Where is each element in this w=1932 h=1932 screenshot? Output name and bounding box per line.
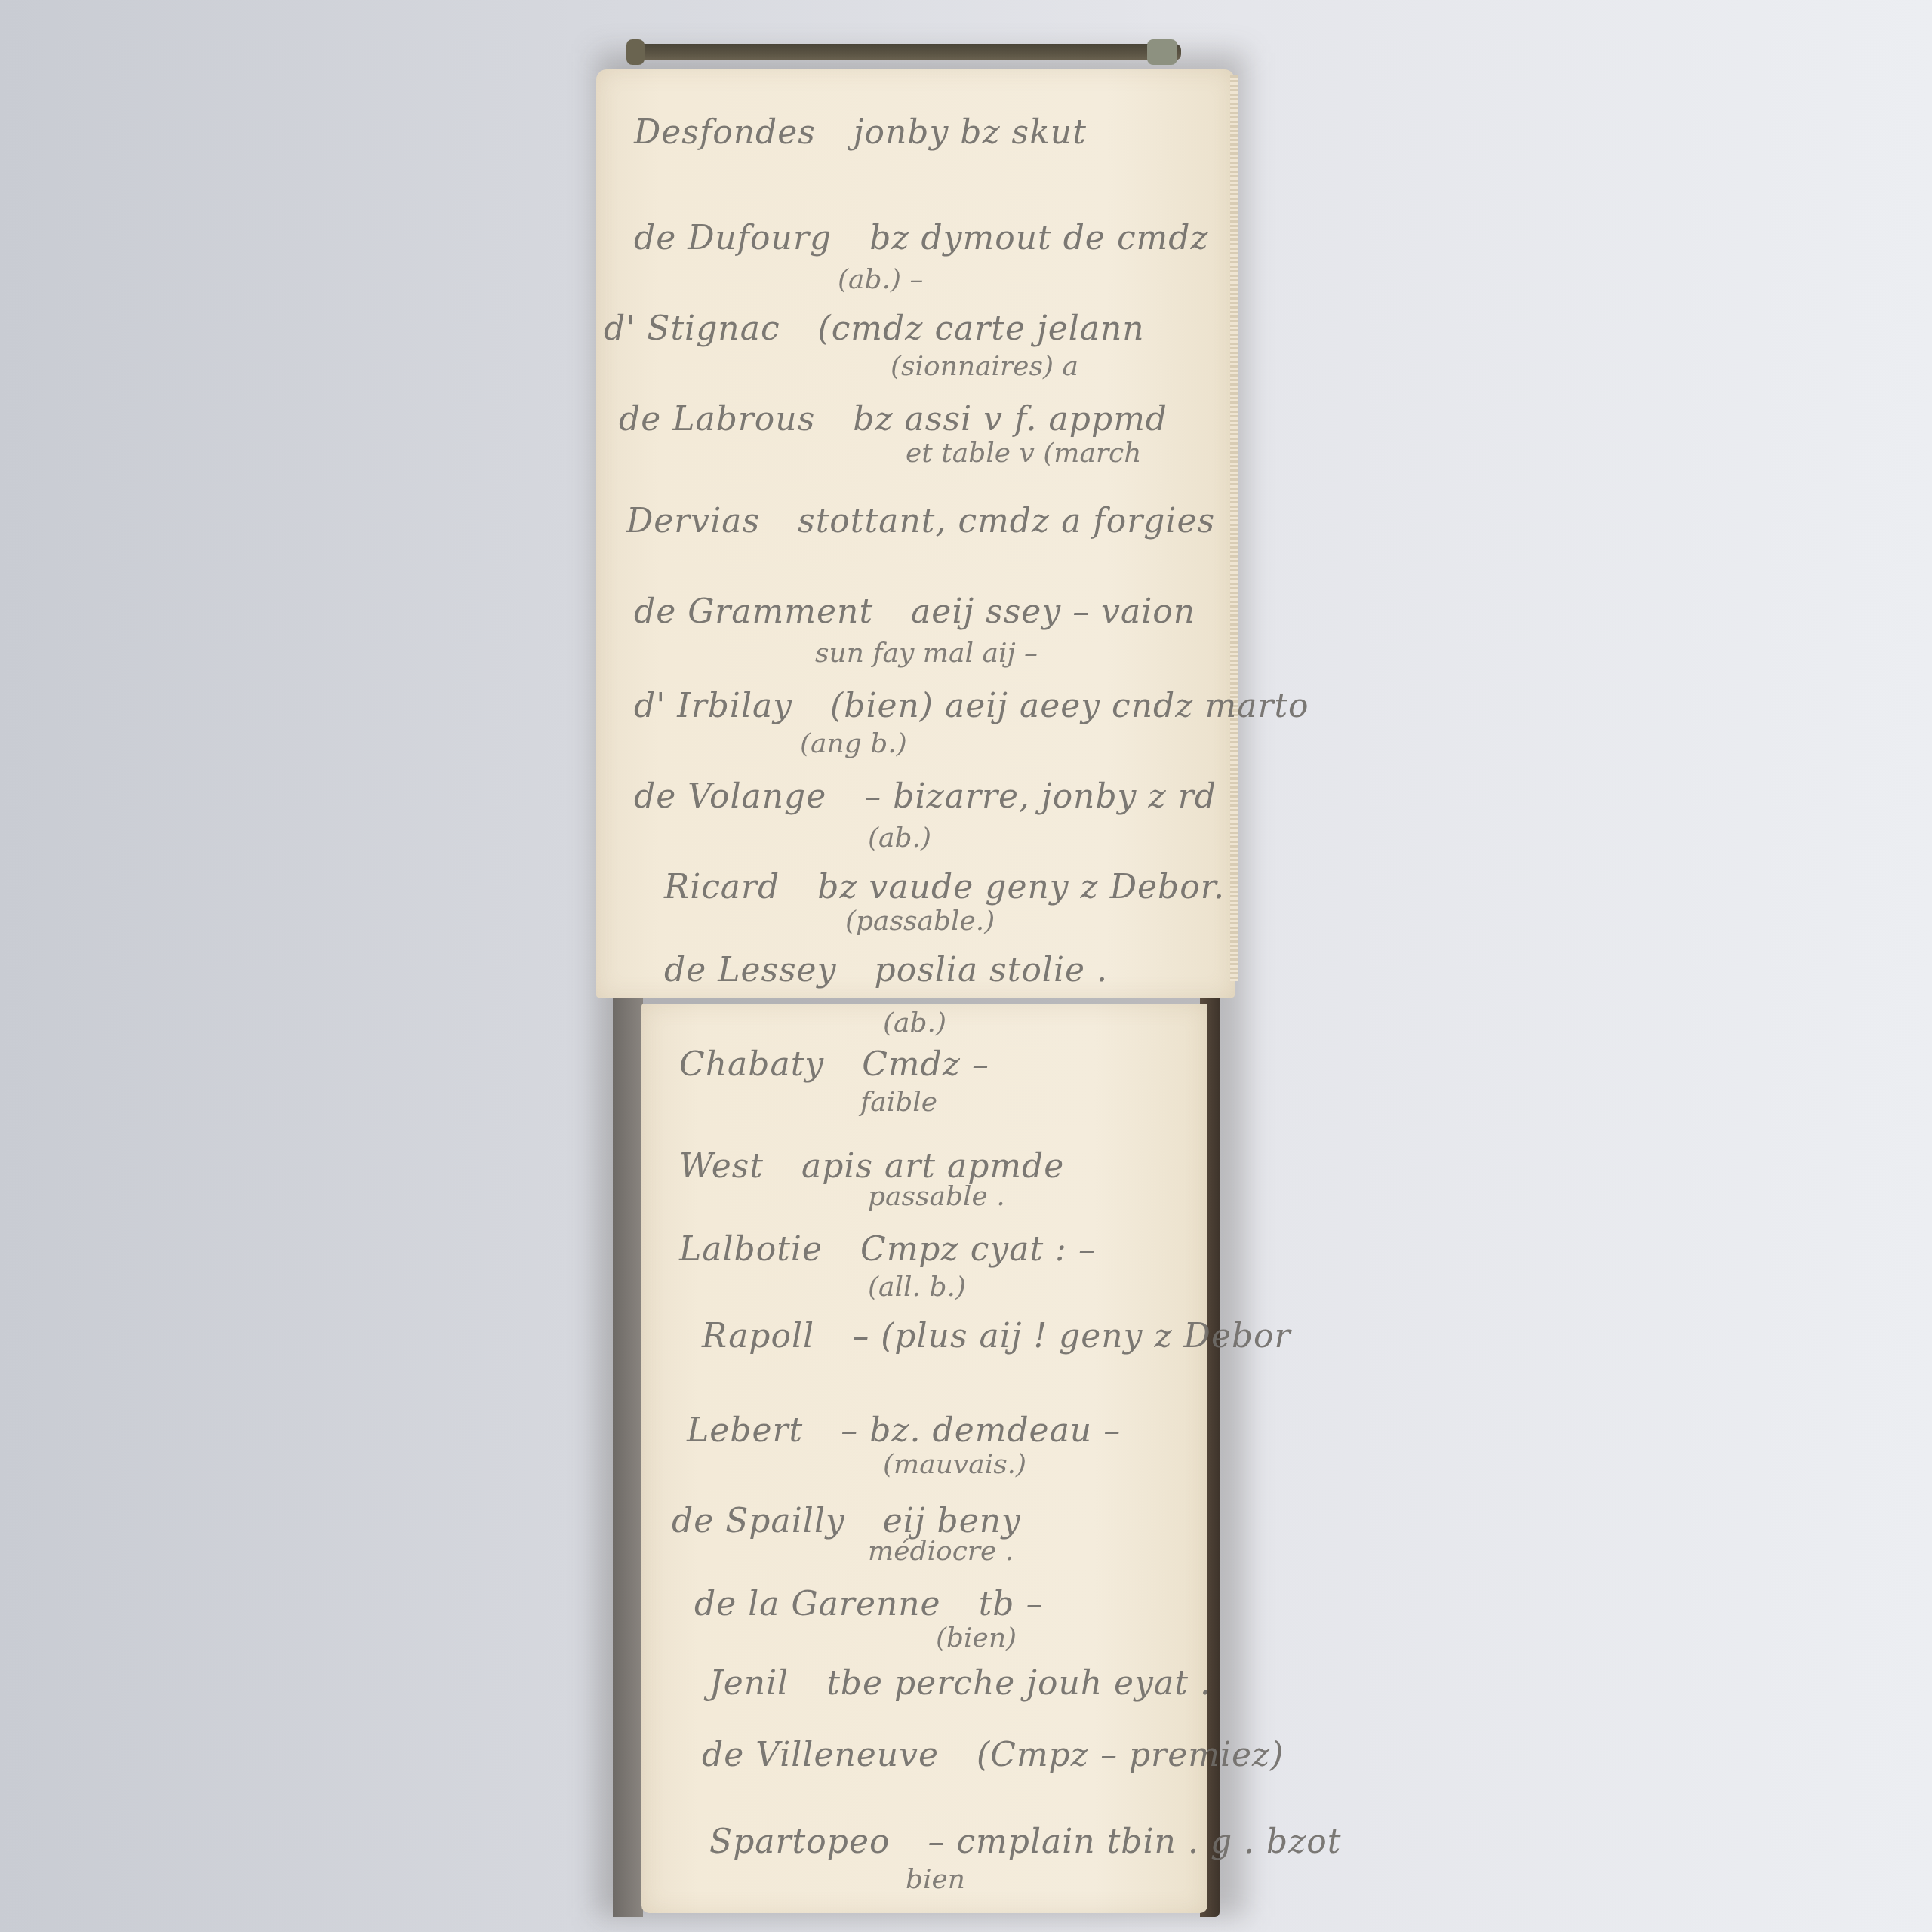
entry-bottom-2: LalbotieCmpz cyat : – [679, 1230, 1096, 1269]
entry-top-3: de Labrousbz assi v f. appmd [619, 400, 1168, 438]
entry-bottom-0-sup: (ab.) [883, 1008, 946, 1038]
entry-top-2-sub: (sionnaires) a [891, 351, 1078, 382]
entry-top-7-sub: (ab.) [868, 823, 931, 854]
notebook-cover-left [613, 996, 643, 1917]
entry-bottom-9: Spartopeo– cmplain tbin . g . bzot [709, 1823, 1342, 1861]
entry-bottom-7: Jeniltbe perche jouh eyat . [709, 1664, 1211, 1703]
entry-bottom-6: de la Garennetb – [694, 1585, 1044, 1623]
entry-bottom-1: Westapis art apmde [679, 1147, 1064, 1186]
spine-end-left [626, 39, 645, 65]
entry-top-2: d' Stignac(cmdz carte jelann [604, 309, 1145, 348]
entry-top-7: de Volange– bizarre, jonby z rd [634, 777, 1217, 816]
entry-bottom-3: Rapoll– (plus aij ! geny z Debor [702, 1317, 1291, 1355]
entry-bottom-4: Lebert– bz. demdeau – [687, 1411, 1121, 1450]
notebook-spine [630, 44, 1181, 60]
entry-bottom-9-sub: bien [906, 1864, 965, 1895]
entry-top-4: Derviasstottant, cmdz a forgies [626, 502, 1215, 540]
entry-bottom-6-sub: (bien) [936, 1623, 1017, 1654]
entry-bottom-4-sub: (mauvais.) [883, 1449, 1026, 1480]
entry-top-0: Desfondesjonby bz skut [634, 113, 1087, 152]
entry-bottom-0-sub: faible [860, 1087, 937, 1118]
entry-top-9: de Lesseyposlia stolie . [664, 951, 1108, 989]
entry-top-6: d' Irbilay(bien) aeij aeey cndz marto [634, 687, 1309, 725]
entry-top-8: Ricardbz vaude geny z Debor. [664, 868, 1225, 906]
entry-top-1: de Dufourgbz dymout de cmdz [634, 219, 1209, 257]
page-stack-edge [1230, 75, 1238, 981]
entry-top-5-sub: sun fay mal aij – [815, 638, 1038, 669]
entry-bottom-5: de Spaillyeij beny [672, 1502, 1021, 1540]
spine-end-right [1147, 39, 1177, 65]
entry-bottom-5-sub: médiocre . [868, 1536, 1014, 1567]
entry-top-3-sub: et table v (march [906, 438, 1141, 469]
entry-bottom-2-sub: (all. b.) [868, 1272, 966, 1303]
entry-top-8-sub: (passable.) [845, 906, 995, 937]
entry-bottom-0: ChabatyCmdz – [679, 1045, 989, 1084]
entry-top-1-sub: (ab.) – [838, 264, 923, 295]
entry-top-5: de Grammentaeij ssey – vaion [634, 592, 1195, 631]
entry-bottom-8: de Villeneuve(Cmpz – premiez) [702, 1736, 1284, 1774]
entry-bottom-1-sub: passable . [868, 1181, 1005, 1212]
entry-top-6-sub: (ang b.) [800, 728, 907, 759]
